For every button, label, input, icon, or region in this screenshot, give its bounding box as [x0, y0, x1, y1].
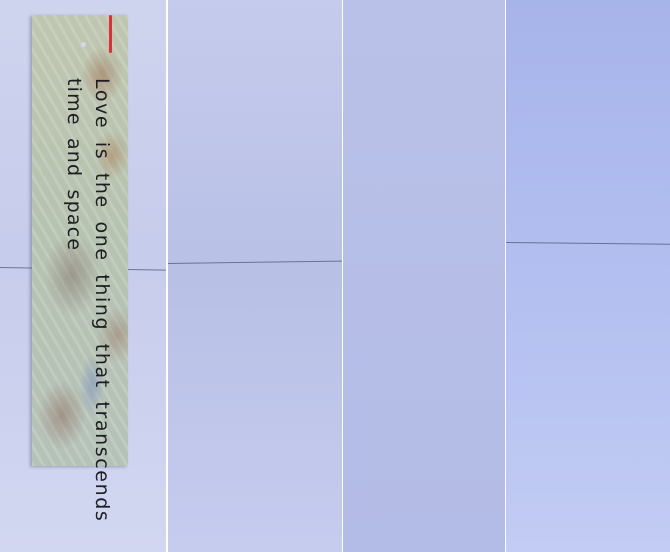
punch-hole: [81, 42, 86, 47]
bookmark-marbled: Love is the one thing that transcends ti…: [32, 15, 128, 466]
quote-line-2: time and space: [63, 78, 85, 251]
photo-panel-1: Love is the one thing that transcends ti…: [0, 0, 166, 552]
paper-crease: [506, 242, 670, 245]
photo-panel-2: Don't cry because it's over, smile becau…: [168, 0, 342, 552]
red-string-tassel: [109, 15, 112, 53]
paper-crease: [168, 261, 342, 264]
photo-panel-3: Love everything in the world, no favorit…: [343, 0, 505, 552]
photo-panel-4: Both jobs and sorrows are on your own, y…: [506, 0, 670, 552]
bookmark-photo-collage: Love is the one thing that transcends ti…: [0, 0, 670, 552]
quote-line-1: Love is the one thing that transcends: [91, 78, 113, 522]
